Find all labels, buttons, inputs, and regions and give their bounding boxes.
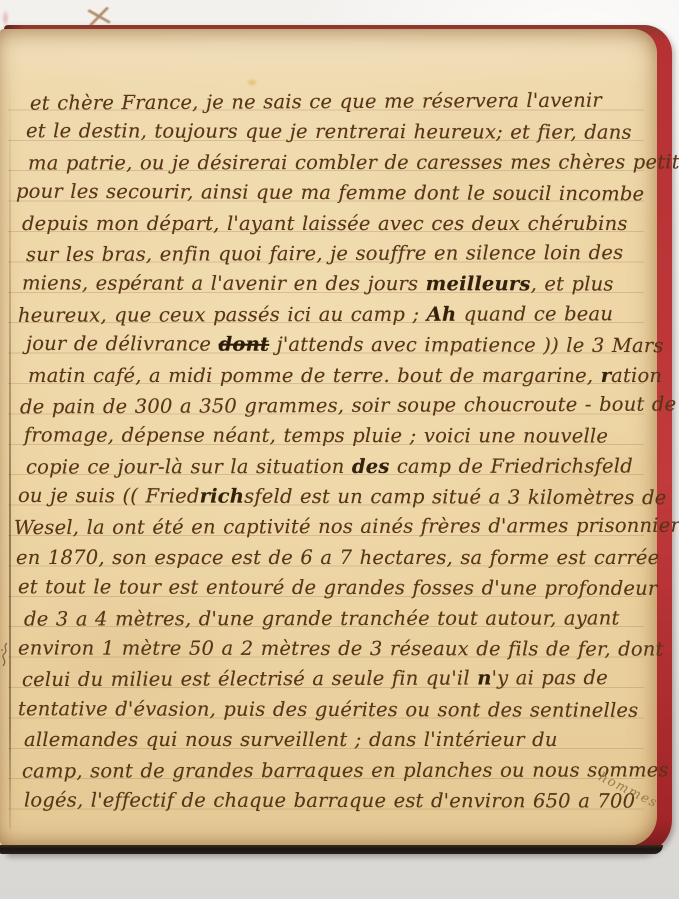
line-text: et tout le tour est entouré de grandes f… xyxy=(18,575,658,600)
line-text: et le destin, toujours que je rentrerai … xyxy=(26,120,632,145)
overwritten-word: meilleurs xyxy=(426,273,531,296)
line-text: j'attends avec impatience )) le 3 Mars xyxy=(269,333,663,357)
handwritten-line: de 3 a 4 mètres, d'une grande tranchée t… xyxy=(24,603,646,634)
overwritten-word: des xyxy=(352,455,390,478)
line-text: copie ce jour-là sur la situation xyxy=(26,455,352,479)
manuscript-lines: et chère France, je ne sais ce que me ré… xyxy=(24,87,646,816)
handwritten-line: pour les secourir, ainsi que ma femme do… xyxy=(16,177,638,210)
line-text: et chère France, je ne sais ce que me ré… xyxy=(30,89,602,115)
overwritten-word: dont xyxy=(219,333,270,356)
handwritten-line: logés, l'effectif de chaque barraque est… xyxy=(24,785,646,816)
handwritten-line: allemandes qui nous surveillent ; dans l… xyxy=(24,725,646,755)
handwritten-line: Wesel, la ont été en captivité nos ainés… xyxy=(14,511,636,544)
diary-paper-page: et chère France, je ne sais ce que me ré… xyxy=(0,29,657,846)
line-text: celui du milieu est électrisé a seule fi… xyxy=(22,667,477,692)
handwritten-line: depuis mon départ, l'ayant laissée avec … xyxy=(22,209,644,239)
line-text: ation xyxy=(611,364,662,387)
line-text: camp, sont de grandes barraques en planc… xyxy=(22,758,669,782)
handwritten-line: sur les bras, enfin quoi faire, je souff… xyxy=(26,238,648,271)
line-text: fromage, dépense néant, temps pluie ; vo… xyxy=(24,424,608,448)
handwritten-line: et chère France, je ne sais ce que me ré… xyxy=(30,85,652,119)
handwritten-line: copie ce jour-là sur la situation des ca… xyxy=(26,451,648,482)
line-text: Wesel, la ont été en captivité nos ainés… xyxy=(14,514,679,539)
book-bottom-edge-shadow xyxy=(0,845,663,854)
overwritten-word: Ah xyxy=(427,302,457,325)
binding-crease xyxy=(9,84,11,829)
handwritten-line: environ 1 mètre 50 a 2 mètres de 3 résea… xyxy=(18,633,640,664)
handwritten-line: ou je suis (( Friedrichsfeld est un camp… xyxy=(18,481,640,514)
overwritten-word: rich xyxy=(200,485,245,508)
handwritten-line: de pain de 300 a 350 grammes, soir soupe… xyxy=(20,390,642,423)
handwritten-line: camp, sont de grandes barraques en planc… xyxy=(22,755,644,786)
line-text: camp de Friedrichsfeld xyxy=(389,454,632,477)
line-text: allemandes qui nous surveillent ; dans l… xyxy=(24,728,558,751)
line-text: sfeld est un camp situé a 3 kilomètres d… xyxy=(244,485,666,509)
handwritten-line: celui du milieu est électrisé a seule fi… xyxy=(22,663,644,696)
line-text: environ 1 mètre 50 a 2 mètres de 3 résea… xyxy=(18,636,664,660)
handwritten-line: et le destin, toujours que je rentrerai … xyxy=(26,117,648,149)
line-text: sur les bras, enfin quoi faire, je souff… xyxy=(26,241,623,266)
handwritten-line: tentative d'évasion, puis des guérites o… xyxy=(18,694,640,726)
line-text: heureux, que ceux passés ici au camp ; xyxy=(18,302,427,326)
line-text: ou je suis (( Fried xyxy=(18,484,200,508)
handwritten-line: heureux, que ceux passés ici au camp ; A… xyxy=(18,299,640,331)
handwritten-line: et tout le tour est entouré de grandes f… xyxy=(18,572,640,604)
scanned-notebook-page: × et chère France, je ne sais ce que me … xyxy=(0,0,679,899)
line-text: pour les secourir, ainsi que ma femme do… xyxy=(16,180,644,206)
line-text: de pain de 300 a 350 grammes, soir soupe… xyxy=(20,392,676,418)
handwritten-line: matin café, a midi pomme de terre. bout … xyxy=(28,361,650,391)
overwritten-word: r xyxy=(601,364,611,387)
line-text: depuis mon départ, l'ayant laissée avec … xyxy=(22,212,628,235)
line-text: , et plus xyxy=(531,273,614,296)
handwritten-line: jour de délivrance dont j'attends avec i… xyxy=(26,329,648,362)
line-text: matin café, a midi pomme de terre. bout … xyxy=(28,364,601,387)
line-text: logés, l'effectif de chaque barraque est… xyxy=(24,788,635,812)
handwritten-line: miens, espérant a l'avenir en des jours … xyxy=(22,269,644,300)
line-text: ma patrie, ou je désirerai combler de ca… xyxy=(28,150,679,174)
overwritten-word: n xyxy=(477,667,491,690)
handwritten-line: fromage, dépense néant, temps pluie ; vo… xyxy=(24,421,646,452)
line-text: miens, espérant a l'avenir en des jours xyxy=(22,272,426,296)
margin-ink-scribble xyxy=(0,641,10,673)
line-text: de 3 a 4 mètres, d'une grande tranchée t… xyxy=(24,606,620,630)
line-text: 'y ai pas de xyxy=(492,666,608,689)
line-text: tentative d'évasion, puis des guérites o… xyxy=(18,697,638,722)
line-text: jour de délivrance xyxy=(26,332,219,356)
handwritten-line: en 1870, son espace est de 6 a 7 hectare… xyxy=(16,543,638,573)
handwritten-line: ma patrie, ou je désirerai combler de ca… xyxy=(28,147,650,178)
line-text: en 1870, son espace est de 6 a 7 hectare… xyxy=(16,546,659,569)
line-text: quand ce beau xyxy=(456,302,613,325)
